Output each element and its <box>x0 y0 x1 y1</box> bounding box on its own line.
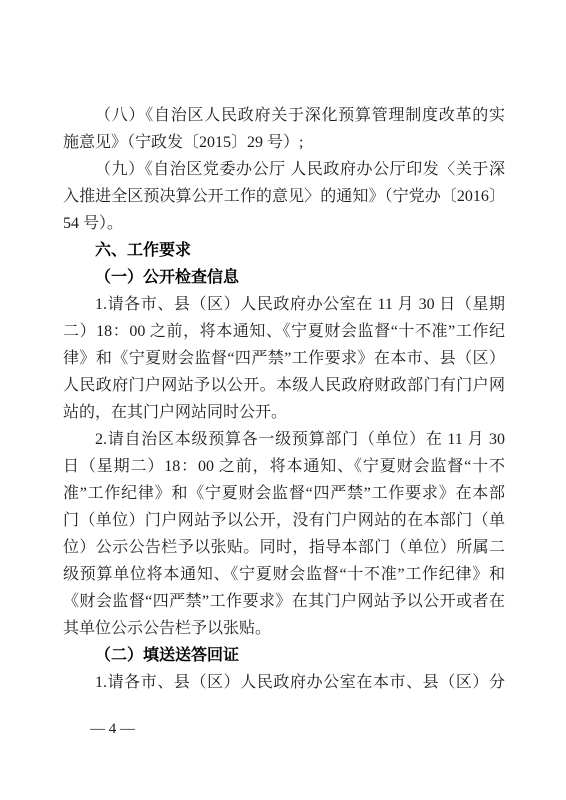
page-number: — 4 — <box>63 721 505 737</box>
document-line: 门（单位）门户网站予以公开，没有门户网站的在本部门（单 <box>63 507 505 534</box>
heading-text: 六、工作要求 <box>63 237 505 264</box>
section-heading-work-requirements: 六、工作要求 <box>63 237 505 264</box>
heading-text: （一）公开检查信息 <box>63 264 505 291</box>
document-line: 入推进全区预决算公开工作的意见〉的通知》（宁党办〔2016〕 <box>63 183 505 210</box>
document-line: 《财会监督“四严禁”工作要求》在其门户网站予以公开或者在 <box>63 588 505 615</box>
paragraph-item-9: （九）《自治区党委办公厅 人民政府办公厅印发〈关于深 入推进全区预决算公开工作的… <box>63 156 505 237</box>
paragraph-public-2: 2.请自治区本级预算各一级预算部门（单位）在 11 月 30 日（星期二）18：… <box>63 426 505 642</box>
document-line: 1.请各市、县（区）人民政府办公室在本市、县（区）分 <box>63 669 505 696</box>
document-line: （九）《自治区党委办公厅 人民政府办公厅印发〈关于深 <box>63 156 505 183</box>
document-page: （八）《自治区人民政府关于深化预算管理制度改革的实 施意见》（宁政发〔2015〕… <box>0 0 566 800</box>
paragraph-item-8: （八）《自治区人民政府关于深化预算管理制度改革的实 施意见》（宁政发〔2015〕… <box>63 102 505 156</box>
heading-text: （二）填送送答回证 <box>63 642 505 669</box>
document-line: （八）《自治区人民政府关于深化预算管理制度改革的实 <box>63 102 505 129</box>
document-line: 级预算单位将本通知、《宁夏财会监督“十不准”工作纪律》和 <box>63 561 505 588</box>
document-line: 位）公示公告栏予以张贴。同时，指导本部门（单位）所属二 <box>63 534 505 561</box>
document-line: 其单位公示公告栏予以张贴。 <box>63 615 505 642</box>
document-line: 54 号）。 <box>63 210 505 237</box>
document-line: 日（星期二）18：00 之前，将本通知、《宁夏财会监督“十不 <box>63 453 505 480</box>
document-line: 2.请自治区本级预算各一级预算部门（单位）在 11 月 30 <box>63 426 505 453</box>
document-line: 人民政府门户网站予以公开。本级人民政府财政部门有门户网 <box>63 372 505 399</box>
document-line: 二）18：00 之前，将本通知、《宁夏财会监督“十不准”工作纪 <box>63 318 505 345</box>
paragraph-public-1: 1.请各市、县（区）人民政府办公室在 11 月 30 日（星期 二）18：00 … <box>63 291 505 426</box>
document-line: 1.请各市、县（区）人民政府办公室在 11 月 30 日（星期 <box>63 291 505 318</box>
subsection-heading-public-check-info: （一）公开检查信息 <box>63 264 505 291</box>
document-line: 准”工作纪律》和《宁夏财会监督“四严禁”工作要求》在本部 <box>63 480 505 507</box>
document-line: 律》和《宁夏财会监督“四严禁”工作要求》在本市、县（区） <box>63 345 505 372</box>
paragraph-receipt-1: 1.请各市、县（区）人民政府办公室在本市、县（区）分 <box>63 669 505 696</box>
subsection-heading-receipt: （二）填送送答回证 <box>63 642 505 669</box>
document-line: 施意见》（宁政发〔2015〕29 号）; <box>63 129 505 156</box>
document-line: 站的，在其门户网站同时公开。 <box>63 399 505 426</box>
